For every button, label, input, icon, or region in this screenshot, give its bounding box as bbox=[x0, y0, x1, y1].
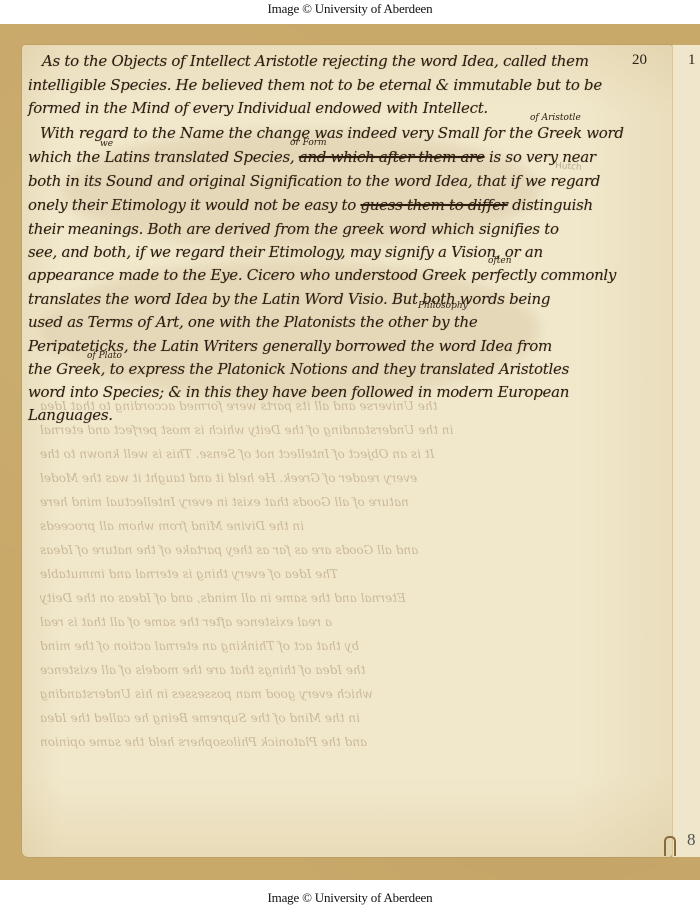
manuscript-line: translates the word Idea by the Latin Wo… bbox=[28, 290, 550, 308]
manuscript-line: onely their Etimology it would not be ea… bbox=[28, 196, 593, 214]
manuscript-line: word into Species; & in this they have b… bbox=[28, 383, 569, 401]
struck-text: guess them to differ bbox=[360, 196, 507, 214]
manuscript-line: appearance made to the Eye. Cicero who u… bbox=[28, 266, 616, 284]
struck-text: and which after them are bbox=[299, 148, 485, 166]
image-credit-caption-bottom: Image © University of Aberdeen bbox=[0, 890, 700, 906]
interlinear-insertion: of Plato bbox=[87, 351, 122, 361]
manuscript-line: Languages. bbox=[28, 406, 113, 424]
manuscript-line: formed in the Mind of every Individual e… bbox=[28, 99, 488, 117]
manuscript-line: intelligible Species. He believed them n… bbox=[28, 76, 602, 94]
interlinear-insertion: often bbox=[488, 256, 512, 266]
interlinear-insertion: we bbox=[100, 139, 113, 149]
handwritten-text: As to the Objects of Intellect Aristotle… bbox=[0, 0, 700, 910]
interlinear-insertion: Philosophy bbox=[418, 301, 468, 311]
manuscript-line: which the Latins translated Species, and… bbox=[28, 148, 596, 166]
manuscript-line: With regard to the Name the change was i… bbox=[40, 124, 624, 142]
manuscript-line: their meanings. Both are derived from th… bbox=[28, 220, 559, 238]
manuscript-line: see, and both, if we regard their Etimol… bbox=[28, 243, 543, 261]
manuscript-line: both in its Sound and original Significa… bbox=[28, 172, 600, 190]
interlinear-insertion: or Form bbox=[290, 138, 327, 148]
manuscript-line: the Greek, to express the Platonick Noti… bbox=[28, 360, 569, 378]
manuscript-line: As to the Objects of Intellect Aristotle… bbox=[42, 52, 589, 70]
manuscript-line: used as Terms of Art, one with the Plato… bbox=[28, 313, 478, 331]
interlinear-insertion: of Aristotle bbox=[530, 113, 581, 123]
